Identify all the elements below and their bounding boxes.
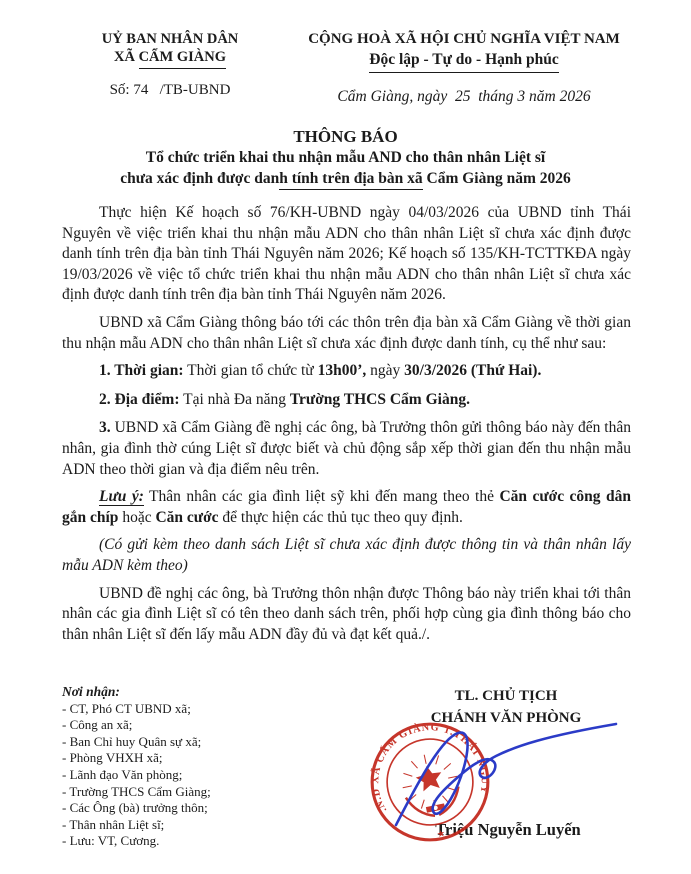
place-dateline: Cẩm Giàng, ngày 25 tháng 3 năm 2026	[288, 88, 640, 106]
recipient-item: - Thân nhân Liệt sĩ;	[62, 817, 302, 834]
document-page: UỶ BAN NHÂN DÂN XÃ CẨM GIÀNG Số: 74 /TB-…	[0, 0, 691, 874]
national-motto-block: CỘNG HOÀ XÃ HỘI CHỦ NGHĨA VIỆT NAM Độc l…	[288, 30, 640, 106]
document-subtitle-line2: chưa xác định được danh tính trên địa bà…	[0, 168, 691, 189]
document-header: UỶ BAN NHÂN DÂN XÃ CẨM GIÀNG Số: 74 /TB-…	[0, 0, 691, 106]
paragraph-legal-basis: Thực hiện Kế hoạch số 76/KH-UBND ngày 04…	[62, 203, 631, 306]
recipient-item: - Công an xã;	[62, 717, 302, 734]
paragraph-closing: UBND đề nghị các ông, bà Trưởng thôn nhậ…	[62, 584, 631, 646]
recipient-item: - CT, Phó CT UBND xã;	[62, 701, 302, 718]
attachment-note: (Có gửi kèm theo danh sách Liệt sĩ chưa …	[62, 535, 631, 576]
recipients-block: Nơi nhận: - CT, Phó CT UBND xã;- Công an…	[62, 684, 302, 850]
recipient-item: - Các Ông (bà) trưởng thôn;	[62, 800, 302, 817]
national-title: CỘNG HOÀ XÃ HỘI CHỦ NGHĨA VIỆT NAM	[288, 30, 640, 49]
document-body: Thực hiện Kế hoạch số 76/KH-UBND ngày 04…	[62, 203, 631, 645]
recipients-label: Nơi nhận:	[62, 684, 302, 701]
paragraph-note: Lưu ý: Thân nhân các gia đình liệt sỹ kh…	[62, 487, 631, 528]
authority-name-underlined: CẨM GIÀNG	[139, 48, 226, 69]
document-number: Số: 74 /TB-UBND	[54, 82, 286, 99]
handwritten-signature	[378, 697, 634, 835]
item-request: 3. UBND xã Cẩm Giàng đề nghị các ông, bà…	[62, 418, 631, 480]
paragraph-announcement: UBND xã Cẩm Giàng thông báo tới các thôn…	[62, 313, 631, 354]
document-title: THÔNG BÁO	[0, 126, 691, 147]
recipient-item: - Phòng VHXH xã;	[62, 750, 302, 767]
document-subtitle-line1: Tổ chức triển khai thu nhận mẫu AND cho …	[0, 147, 691, 168]
note-label: Lưu ý:	[99, 488, 144, 506]
item-time: 1. Thời gian: Thời gian tổ chức từ 13h00…	[62, 361, 631, 382]
authority-name-line1: UỶ BAN NHÂN DÂN	[54, 30, 286, 48]
title-block: THÔNG BÁO Tổ chức triển khai thu nhận mẫ…	[0, 126, 691, 189]
item-location: 2. Địa điểm: Tại nhà Đa năng Trường THCS…	[62, 390, 631, 411]
authority-name-line2: XÃ CẨM GIÀNG	[54, 48, 286, 69]
recipient-item: - Lưu: VT, Cương.	[62, 833, 302, 850]
recipients-list: - CT, Phó CT UBND xã;- Công an xã;- Ban …	[62, 701, 302, 850]
recipient-item: - Trường THCS Cẩm Giàng;	[62, 784, 302, 801]
issuing-authority-block: UỶ BAN NHÂN DÂN XÃ CẨM GIÀNG Số: 74 /TB-…	[54, 30, 286, 106]
national-motto: Độc lập - Tự do - Hạnh phúc	[288, 50, 640, 73]
subtitle-underlined-part: h tính trên địa bàn xã	[279, 170, 422, 190]
recipient-item: - Lãnh đạo Văn phòng;	[62, 767, 302, 784]
recipient-item: - Ban Chỉ huy Quân sự xã;	[62, 734, 302, 751]
